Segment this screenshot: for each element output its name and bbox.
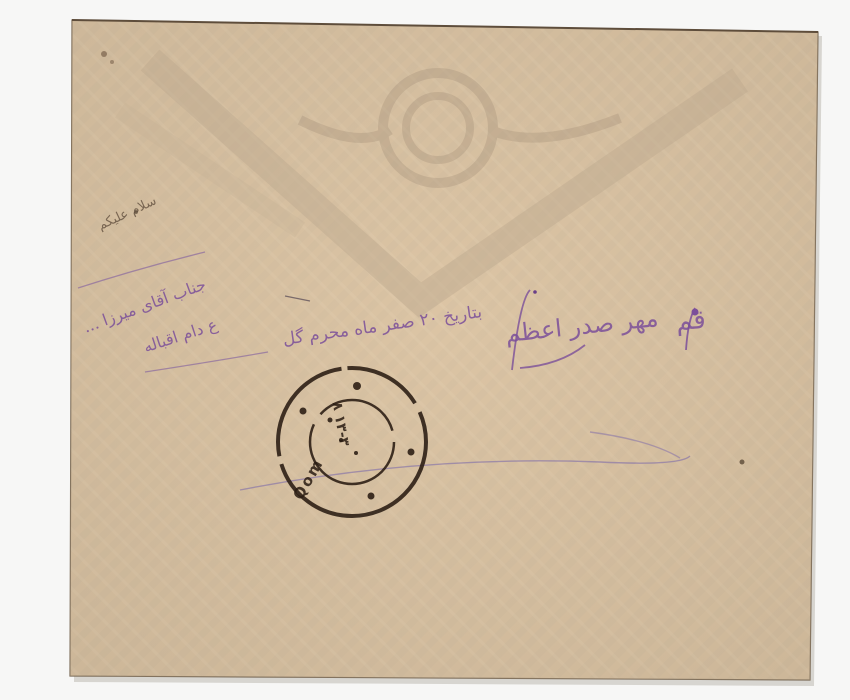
destination-city-text: قم bbox=[675, 305, 707, 337]
photo-scene: قم مهر صدر اعظم بتاریخ ۲۰ صفر ماه محرم گ… bbox=[0, 0, 850, 700]
envelope bbox=[0, 0, 850, 700]
